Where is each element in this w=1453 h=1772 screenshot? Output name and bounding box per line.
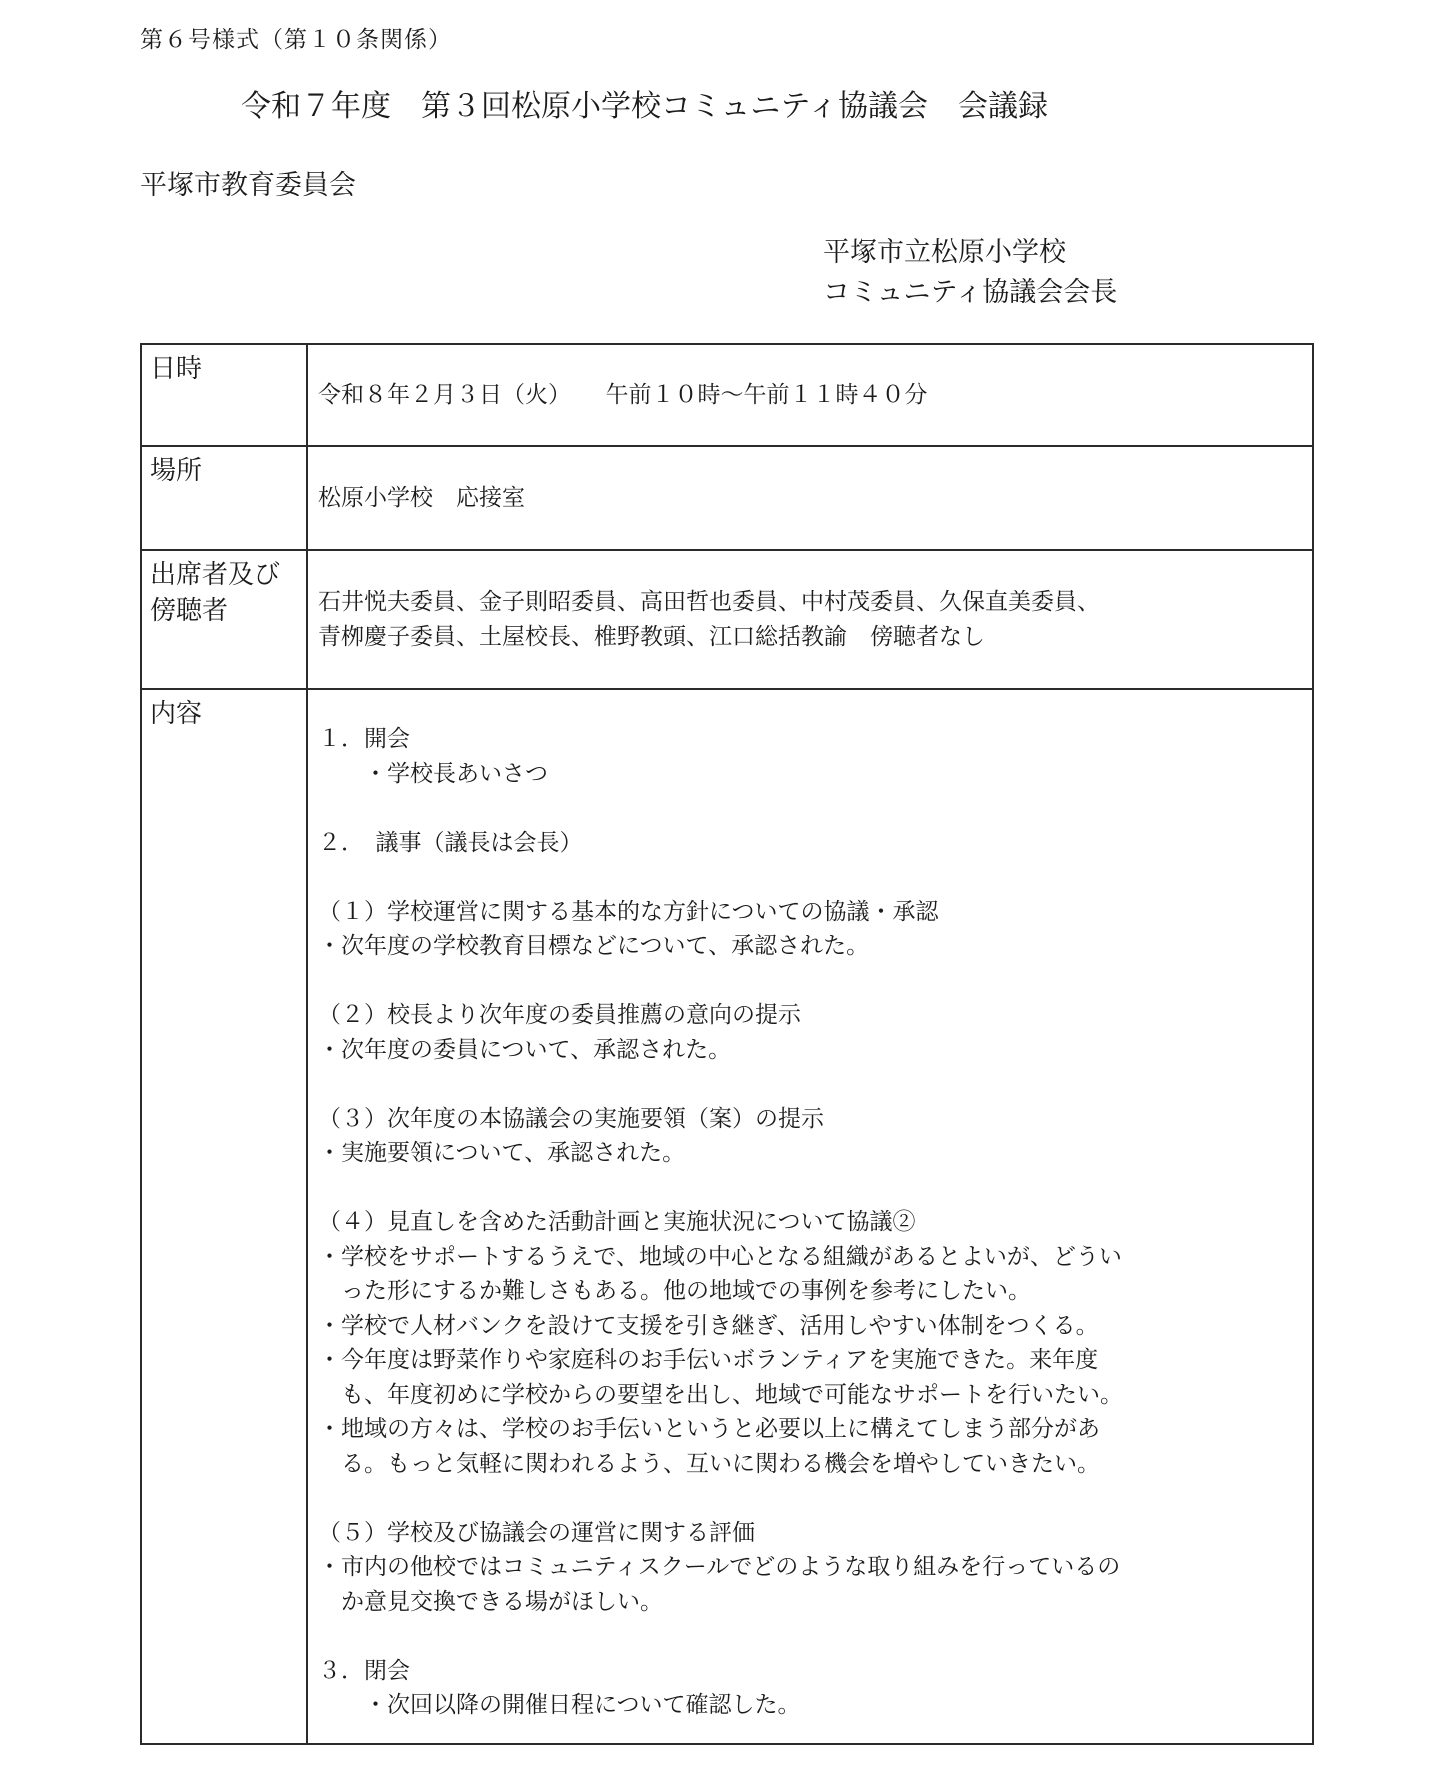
text-line: 石井悦夫委員、金子則昭委員、高田哲也委員、中村茂委員、久保直美委員、 [318,585,1302,620]
text-line: ・次回以降の開催日程について確認した。 [318,1688,1302,1723]
text-line [318,1171,1302,1206]
row-label-attendees: 出席者及び傍聴者 [142,551,308,690]
signature-line-school: 平塚市立松原小学校 [823,232,1117,272]
text-line: ・地域の方々は、学校のお手伝いというと必要以上に構えてしまう部分があ [318,1412,1302,1447]
text-line [318,1619,1302,1654]
text-line: ３．閉会 [318,1654,1302,1689]
text-line: る。もっと気軽に関われるよう、互いに関わる機会を増やしていきたい。 [318,1447,1302,1482]
text-line: （４）見直しを含めた活動計画と実施状況について協議② [318,1205,1302,1240]
text-line: （５）学校及び協議会の運営に関する評価 [318,1516,1302,1551]
text-line [318,791,1302,826]
row-label-datetime: 日時 [142,345,308,447]
text-line: （１）学校運営に関する基本的な方針についての協議・承認 [318,895,1302,930]
text-line [318,964,1302,999]
text-line: 松原小学校 応接室 [318,481,1302,516]
text-line [318,1067,1302,1102]
text-line: （３）次年度の本協議会の実施要領（案）の提示 [318,1102,1302,1137]
form-number: 第６号様式（第１０条関係） [140,24,452,56]
row-label-contents: 内容 [142,690,308,1743]
minutes-table: 日時 令和８年２月３日（火） 午前１０時～午前１１時４０分 場所 松原小学校 応… [140,343,1314,1745]
text-line: ・次年度の学校教育目標などについて、承認された。 [318,929,1302,964]
organization-name: 平塚市教育委員会 [140,166,356,204]
text-line: （２）校長より次年度の委員推薦の意向の提示 [318,998,1302,1033]
page-title: 令和７年度 第３回松原小学校コミュニティ協議会 会議録 [0,86,1371,128]
text-line: ・市内の他校ではコミュニティスクールでどのような取り組みを行っているの [318,1550,1302,1585]
text-line: ・学校長あいさつ [318,757,1302,792]
page-title-text: 令和７年度 第３回松原小学校コミュニティ協議会 会議録 [241,90,1048,123]
row-label-place: 場所 [142,447,308,551]
text-line [318,1481,1302,1516]
document-page: 第６号様式（第１０条関係） 令和７年度 第３回松原小学校コミュニティ協議会 会議… [0,0,1453,1772]
text-line: か意見交換できる場がほしい。 [318,1585,1302,1620]
text-line: ・学校で人材バンクを設けて支援を引き継ぎ、活用しやすい体制をつくる。 [318,1309,1302,1344]
signature-block: 平塚市立松原小学校 コミュニティ協議会会長 [823,232,1117,312]
text-line [318,860,1302,895]
text-line: 青栁慶子委員、土屋校長、椎野教頭、江口総括教諭 傍聴者なし [318,620,1302,655]
row-content-attendees: 石井悦夫委員、金子則昭委員、高田哲也委員、中村茂委員、久保直美委員、青栁慶子委員… [308,551,1312,690]
text-line: ２． 議事（議長は会長） [318,826,1302,861]
text-line: った形にするか難しさもある。他の地域での事例を参考にしたい。 [318,1274,1302,1309]
text-line: も、年度初めに学校からの要望を出し、地域で可能なサポートを行いたい。 [318,1378,1302,1413]
row-content-contents: １．開会 ・学校長あいさつ２． 議事（議長は会長）（１）学校運営に関する基本的な… [308,690,1312,1743]
text-line: ・学校をサポートするうえで、地域の中心となる組織があるとよいが、どうい [318,1240,1302,1275]
text-line: ・次年度の委員について、承認された。 [318,1033,1302,1068]
row-content-place: 松原小学校 応接室 [308,447,1312,551]
text-line: ・実施要領について、承認された。 [318,1136,1302,1171]
signature-line-chair: コミュニティ協議会会長 [823,272,1117,312]
row-content-datetime: 令和８年２月３日（火） 午前１０時～午前１１時４０分 [308,345,1312,447]
text-line: １．開会 [318,722,1302,757]
text-line: 令和８年２月３日（火） 午前１０時～午前１１時４０分 [318,378,1302,413]
text-line: ・今年度は野菜作りや家庭科のお手伝いボランティアを実施できた。来年度 [318,1343,1302,1378]
